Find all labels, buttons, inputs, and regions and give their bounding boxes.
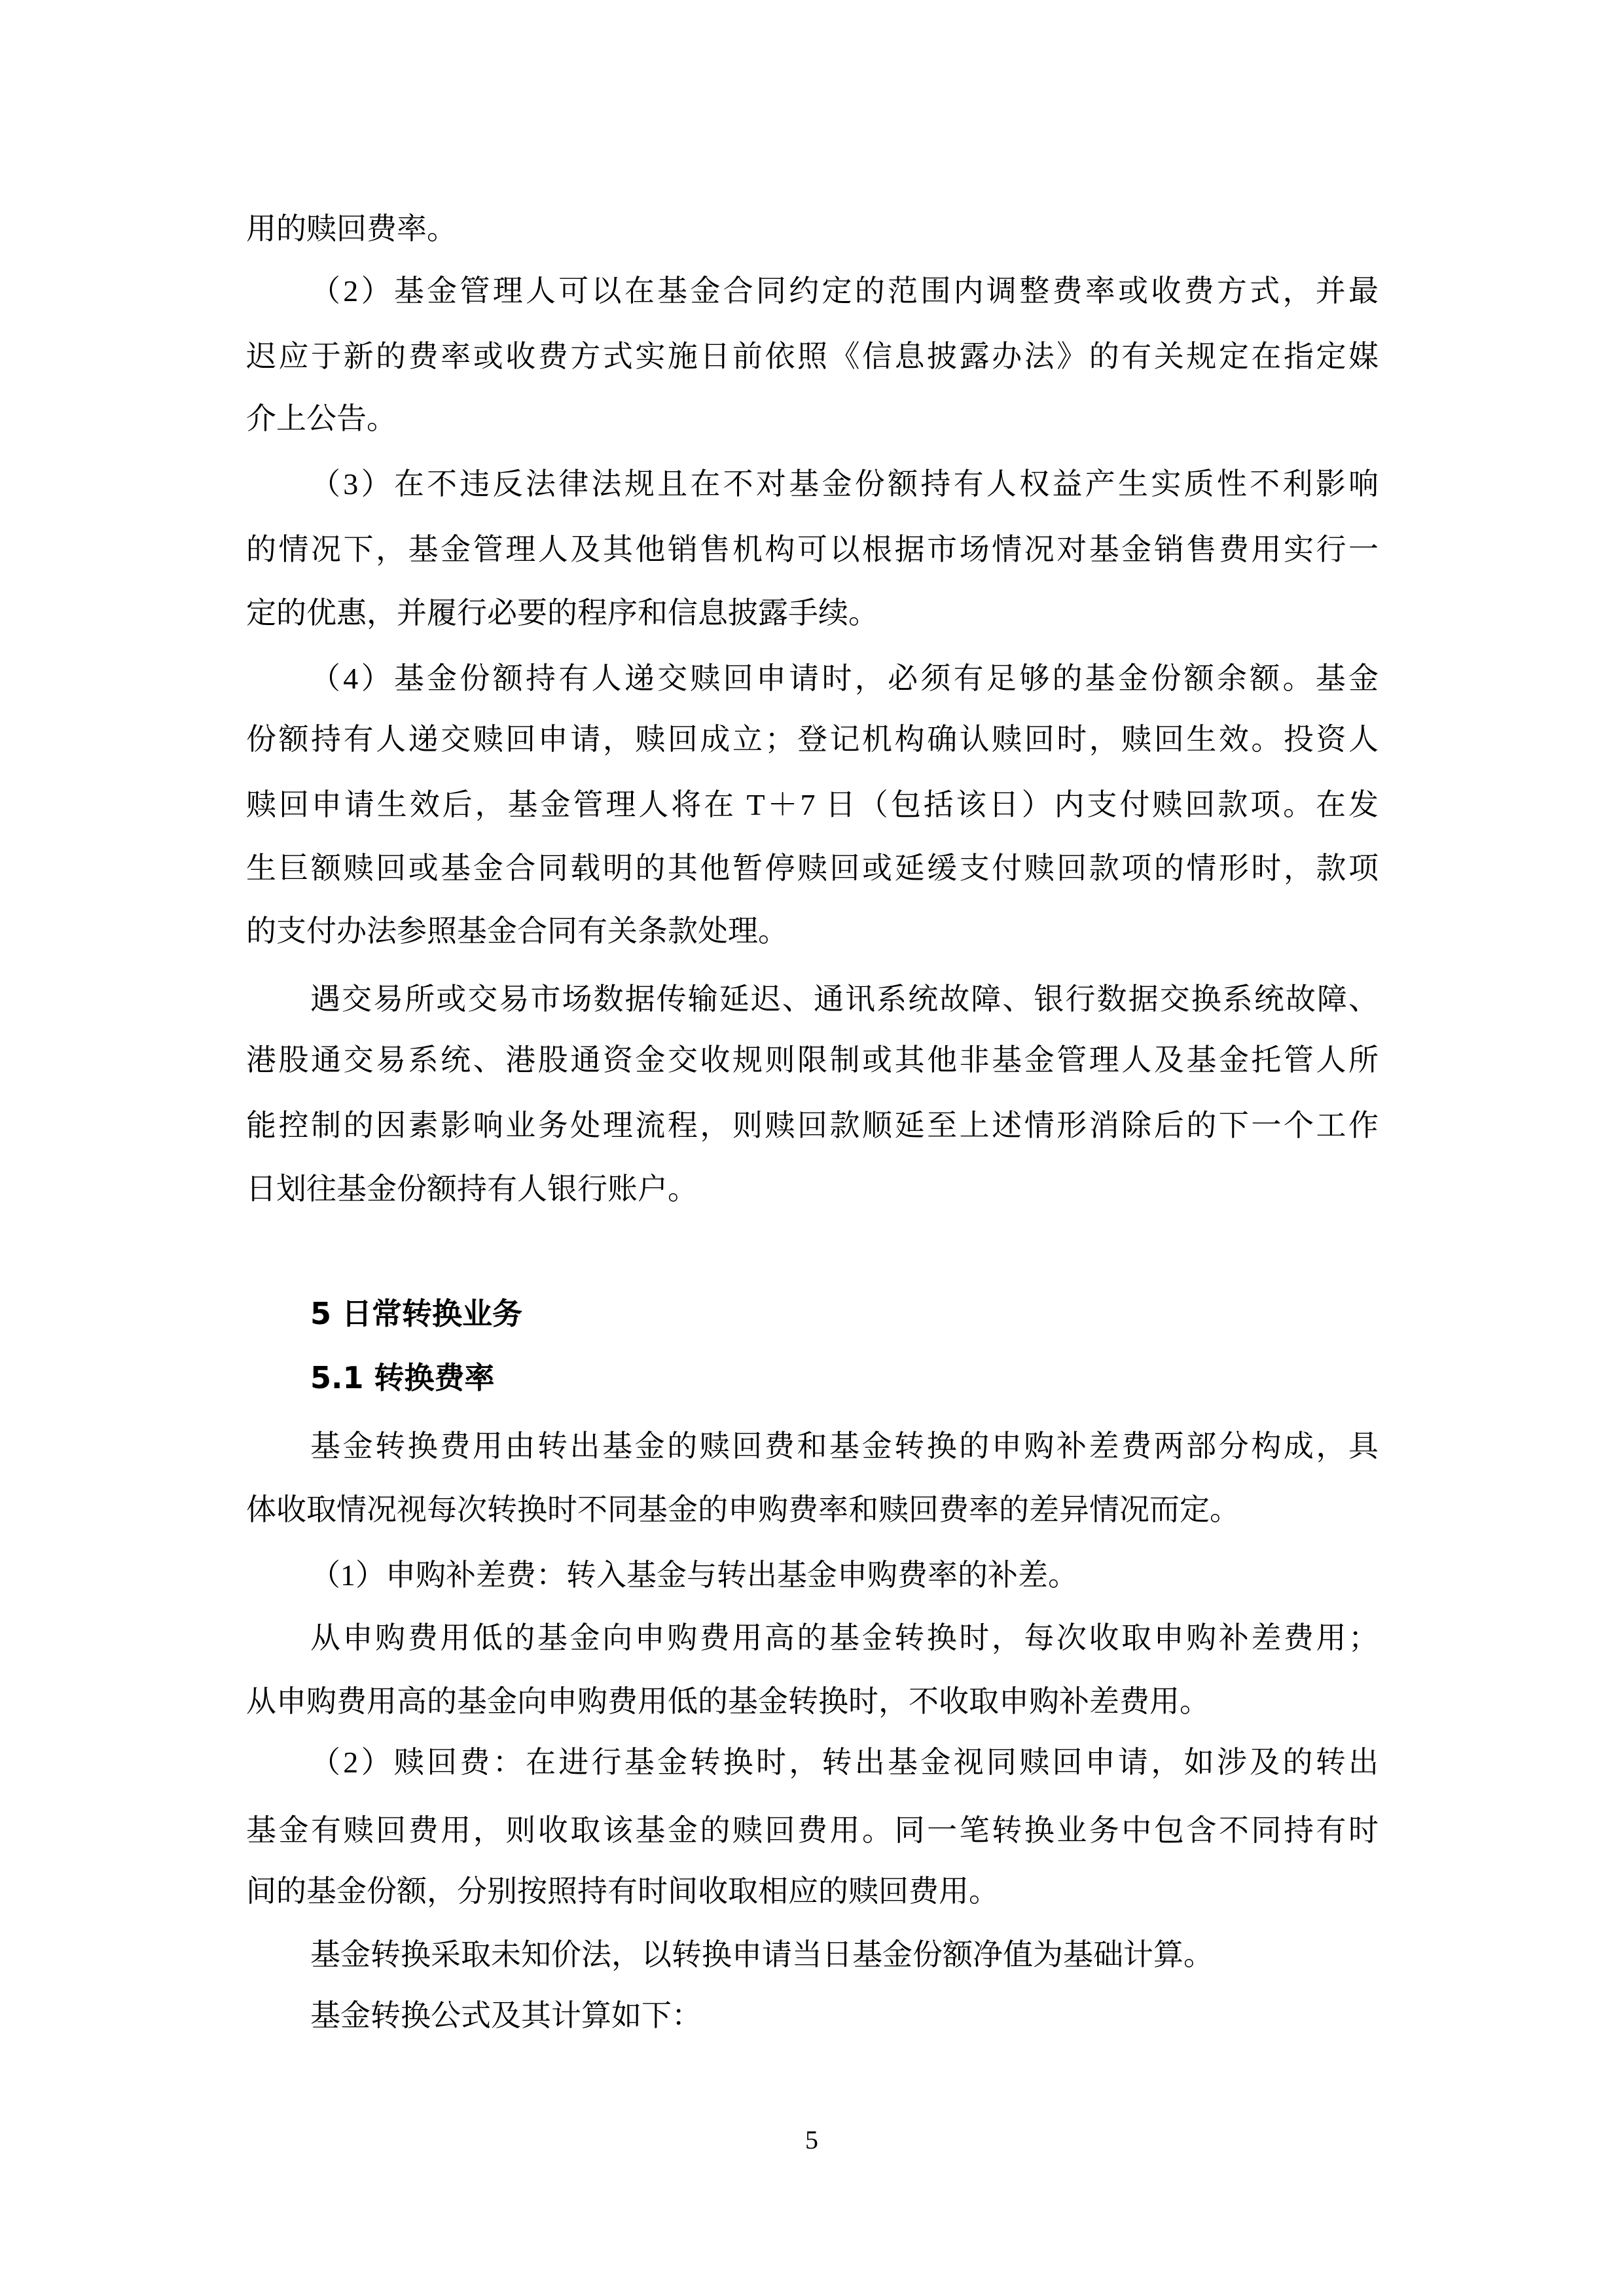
section-heading: 5 日常转换业务 (310, 1294, 1379, 1333)
paragraph-line: 间的基金份额，分别按照持有时间收取相应的赎回费用。 (246, 1872, 1379, 1911)
paragraph-line: 体收取情况视每次转换时不同基金的申购费率和赎回费率的差异情况而定。 (246, 1490, 1379, 1530)
paragraph-line: 港股通交易系统、港股通资金交收规则限制或其他非基金管理人及基金托管人所 (246, 1041, 1379, 1080)
document-page: 用的赎回费率。 （2）基金管理人可以在基金合同约定的范围内调整费率或收费方式，并… (0, 0, 1624, 2296)
page-number: 5 (799, 2124, 825, 2157)
paragraph-line: （2）赎回费：在进行基金转换时，转出基金视同赎回申请，如涉及的转出 (310, 1743, 1379, 1782)
paragraph-line: 赎回申请生效后，基金管理人将在 T＋7 日（包括该日）内支付赎回款项。在发 (246, 785, 1379, 825)
paragraph-line: 日划往基金份额持有人银行账户。 (246, 1170, 1379, 1209)
paragraph-line: 基金转换公式及其计算如下： (310, 1996, 1379, 2036)
paragraph-line: （3）在不违反法律法规且在不对基金份额持有人权益产生实质性不利影响 (310, 465, 1379, 504)
paragraph-line: （1）申购补差费：转入基金与转出基金申购费率的补差。 (310, 1556, 1379, 1595)
paragraph-line: 基金转换采取未知价法，以转换申请当日基金份额净值为基础计算。 (310, 1935, 1379, 1975)
paragraph-line: 的支付办法参照基金合同有关条款处理。 (246, 912, 1379, 951)
paragraph-line: 基金有赎回费用，则收取该基金的赎回费用。同一笔转换业务中包含不同持有时 (246, 1811, 1379, 1850)
paragraph-line: 从申购费用低的基金向申购费用高的基金转换时，每次收取申购补差费用； (310, 1619, 1379, 1658)
paragraph-line: 从申购费用高的基金向申购费用低的基金转换时，不收取申购补差费用。 (246, 1682, 1379, 1721)
paragraph-line: 迟应于新的费率或收费方式实施日前依照《信息披露办法》的有关规定在指定媒 (246, 337, 1379, 376)
paragraph-line: 生巨额赎回或基金合同载明的其他暂停赎回或延缓支付赎回款项的情形时，款项 (246, 849, 1379, 888)
subsection-heading: 5.1 转换费率 (310, 1358, 1379, 1397)
paragraph-line: 介上公告。 (246, 399, 1379, 439)
paragraph-line: 遇交易所或交易市场数据传输延迟、通讯系统故障、银行数据交换系统故障、 (310, 980, 1379, 1019)
paragraph-line: 用的赎回费率。 (246, 209, 1379, 249)
paragraph-line: （4）基金份额持有人递交赎回申请时，必须有足够的基金份额余额。基金 (310, 659, 1379, 698)
paragraph-line: 定的优惠，并履行必要的程序和信息披露手续。 (246, 594, 1379, 633)
paragraph-line: 基金转换费用由转出基金的赎回费和基金转换的申购补差费两部分构成，具 (310, 1427, 1379, 1466)
paragraph-line: 的情况下，基金管理人及其他销售机构可以根据市场情况对基金销售费用实行一 (246, 530, 1379, 569)
paragraph-line: 份额持有人递交赎回申请，赎回成立；登记机构确认赎回时，赎回生效。投资人 (246, 720, 1379, 759)
paragraph-line: （2）基金管理人可以在基金合同约定的范围内调整费率或收费方式，并最 (310, 272, 1379, 311)
paragraph-line: 能控制的因素影响业务处理流程，则赎回款顺延至上述情形消除后的下一个工作 (246, 1106, 1379, 1145)
